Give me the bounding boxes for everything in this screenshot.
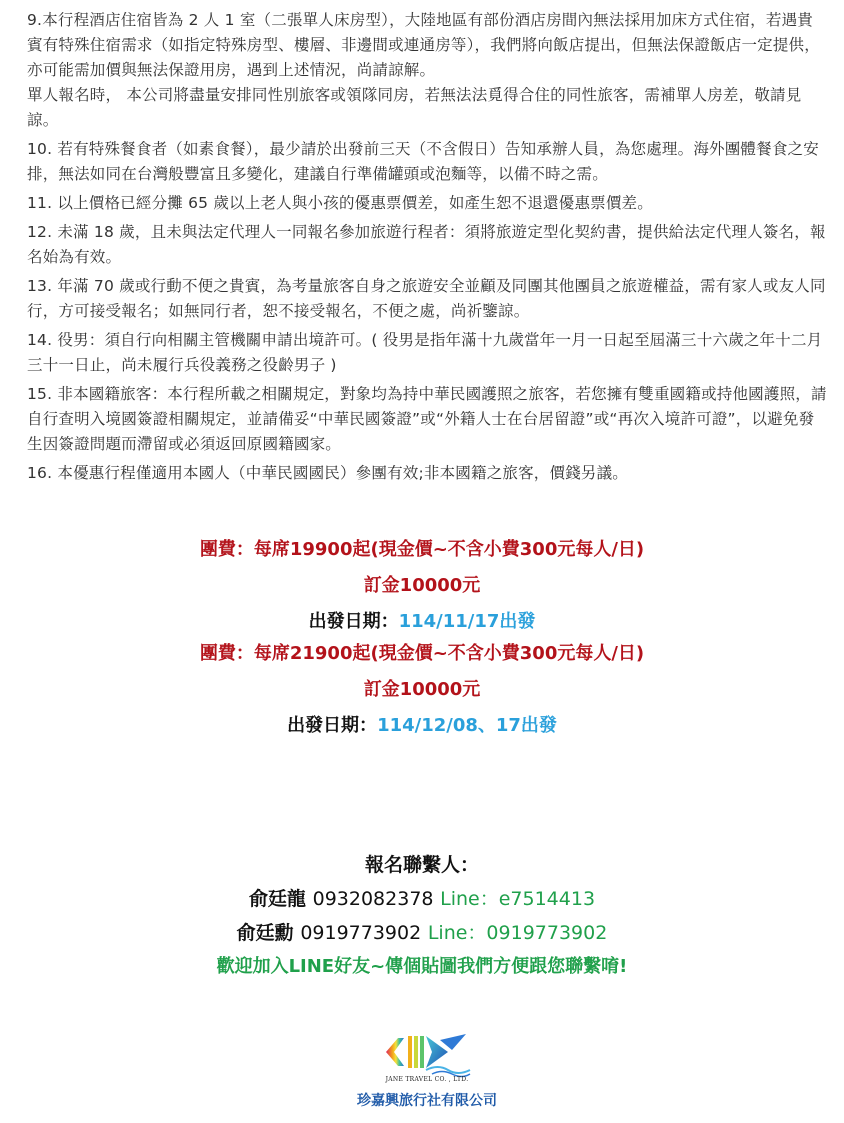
note-13: 13. 年滿 70 歲或行動不便之貴賓，為考量旅客自身之旅遊安全並顧及同團其他團… [27,274,827,324]
note-11: 11. 以上價格已經分攤 65 歲以上老人與小孩的優惠票價差，如產生恕不退還優惠… [27,191,827,216]
contact-person-2: 俞廷勳 0919773902 Line：0919773902 [0,916,844,950]
contact-section: 報名聯繫人： 俞廷龍 0932082378 Line：e7514413 俞廷勳 … [0,848,844,984]
deposit: 訂金10000元 [0,672,844,708]
company-name-chinese: 珍嘉興旅行社有限公司 [342,1090,512,1110]
tour-fee: 團費：每席21900起(現金價~不含小費300元每人/日) [0,636,844,672]
contact-person-1: 俞廷龍 0932082378 Line：e7514413 [0,882,844,916]
contact-name: 俞廷勳 [237,922,294,944]
contact-heading: 報名聯繫人： [0,848,844,882]
note-paragraph: 13. 年滿 70 歲或行動不便之貴賓，為考量旅客自身之旅遊安全並顧及同團其他團… [27,274,827,324]
contact-phone[interactable]: 0932082378 [313,888,434,910]
departure-label: 出發日期： [309,611,399,632]
note-paragraph: 16. 本優惠行程僅適用本國人（中華民國國民）參團有效;非本國籍之旅客，價錢另議… [27,461,827,486]
note-10: 10. 若有特殊餐食者（如素食餐），最少請於出發前三天（不含假日）告知承辦人員，… [27,137,827,187]
company-logo: JANE TRAVEL CO. , LTD. 珍嘉興旅行社有限公司 [372,1030,482,1120]
pricing-group-1: 團費：每席19900起(現金價~不含小費300元每人/日) 訂金10000元 出… [0,532,844,640]
travel-notes: 9.本行程酒店住宿皆為 2 人 1 室（二張單人床房型），大陸地區有部份酒店房間… [27,8,827,490]
note-paragraph: 14. 役男：須自行向相關主管機關申請出境許可。( 役男是指年滿十九歲當年一月一… [27,328,827,378]
note-paragraph: 9.本行程酒店住宿皆為 2 人 1 室（二張單人床房型），大陸地區有部份酒店房間… [27,8,827,83]
contact-line-id[interactable]: Line：e7514413 [440,888,595,910]
departure-date-row: 出發日期：114/12/08、17出發 [0,708,844,744]
note-15: 15. 非本國籍旅客：本行程所載之相關規定，對象均為持中華民國護照之旅客，若您擁… [27,382,827,457]
jane-travel-logo-icon [382,1030,472,1078]
line-invite-text: 歡迎加入LINE好友~傳個貼圖我們方便跟您聯繫唷! [0,950,844,984]
departure-label: 出發日期： [287,715,377,736]
note-paragraph: 12. 未滿 18 歲，且未與法定代理人一同報名參加旅遊行程者：須將旅遊定型化契… [27,220,827,270]
note-paragraph: 單人報名時， 本公司將盡量安排同性別旅客或領隊同房，若無法法覓得合住的同性旅客，… [27,83,827,133]
note-14: 14. 役男：須自行向相關主管機關申請出境許可。( 役男是指年滿十九歲當年一月一… [27,328,827,378]
note-12: 12. 未滿 18 歲，且未與法定代理人一同報名參加旅遊行程者：須將旅遊定型化契… [27,220,827,270]
departure-date-row: 出發日期：114/11/17出發 [0,604,844,640]
note-16: 16. 本優惠行程僅適用本國人（中華民國國民）參團有效;非本國籍之旅客，價錢另議… [27,461,827,486]
note-9: 9.本行程酒店住宿皆為 2 人 1 室（二張單人床房型），大陸地區有部份酒店房間… [27,8,827,133]
contact-phone[interactable]: 0919773902 [300,922,421,944]
departure-value: 114/12/08、17出發 [377,715,557,736]
note-paragraph: 15. 非本國籍旅客：本行程所載之相關規定，對象均為持中華民國護照之旅客，若您擁… [27,382,827,457]
note-paragraph: 11. 以上價格已經分攤 65 歲以上老人與小孩的優惠票價差，如產生恕不退還優惠… [27,191,827,216]
departure-value: 114/11/17出發 [399,611,536,632]
note-paragraph: 10. 若有特殊餐食者（如素食餐），最少請於出發前三天（不含假日）告知承辦人員，… [27,137,827,187]
company-name-english: JANE TRAVEL CO. , LTD. [372,1076,482,1083]
contact-line-id[interactable]: Line：0919773902 [428,922,607,944]
pricing-group-2: 團費：每席21900起(現金價~不含小費300元每人/日) 訂金10000元 出… [0,636,844,744]
contact-name: 俞廷龍 [249,888,306,910]
tour-fee: 團費：每席19900起(現金價~不含小費300元每人/日) [0,532,844,568]
deposit: 訂金10000元 [0,568,844,604]
